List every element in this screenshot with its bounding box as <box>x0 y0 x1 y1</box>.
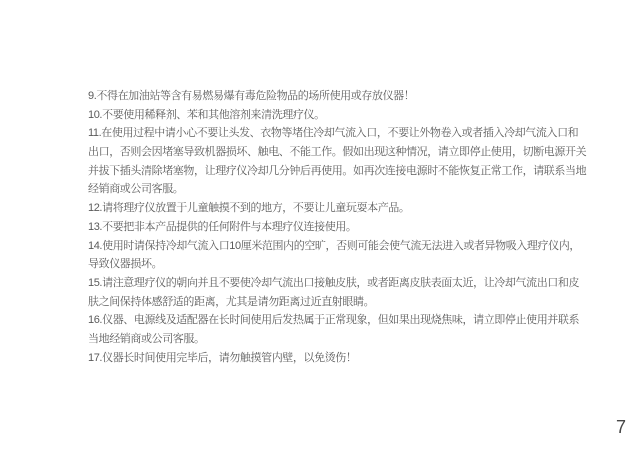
instruction-item-11-line: 出口，否则会因堵塞导致机器损坏、触电、不能工作。假如出现这种情况，请立即停止使用… <box>88 143 580 162</box>
instruction-item-15-line: 肤之间保持体感舒适的距离，尤其是请勿距离过近直射眼睛。 <box>88 293 580 312</box>
instruction-item-17-line: 17.仪器长时间使用完毕后，请勿触摸管内壁，以免烫伤！ <box>88 349 580 368</box>
instructions-list: 9.不得在加油站等含有易燃易爆有毒危险物品的场所使用或存放仪器！10.不要使用稀… <box>88 87 580 367</box>
instruction-item-10-line: 10.不要使用稀释剂、苯和其他溶剂来清洗理疗仪。 <box>88 106 580 125</box>
document-page: 9.不得在加油站等含有易燃易爆有毒危险物品的场所使用或存放仪器！10.不要使用稀… <box>0 0 640 468</box>
instruction-item-14-line: 14.使用时请保持冷却气流入口10厘米范围内的空旷，否则可能会使气流无法进入或者… <box>88 237 580 256</box>
instruction-item-16-line: 当地经销商或公司客服。 <box>88 330 580 349</box>
instruction-item-15-line: 15.请注意理疗仪的朝向并且不要使冷却气流出口接触皮肤，或者距离皮肤表面太近，让… <box>88 274 580 293</box>
instruction-item-9-line: 9.不得在加油站等含有易燃易爆有毒危险物品的场所使用或存放仪器！ <box>88 87 580 106</box>
instruction-item-13-line: 13.不要把非本产品提供的任何附件与本理疗仪连接使用。 <box>88 218 580 237</box>
instruction-item-11-line: 并拔下插头清除堵塞物，让理疗仪冷却几分钟后再使用。如再次连接电源时不能恢复正常工… <box>88 162 580 181</box>
instruction-item-16-line: 16.仪器、电源线及适配器在长时间使用后发热属于正常现象，但如果出现烧焦味，请立… <box>88 311 580 330</box>
instruction-item-14-line: 导致仪器损坏。 <box>88 255 580 274</box>
instruction-item-12-line: 12.请将理疗仪放置于儿童触摸不到的地方，不要让儿童玩耍本产品。 <box>88 199 580 218</box>
page-number: 7 <box>609 416 633 438</box>
instruction-item-11-line: 经销商或公司客服。 <box>88 180 580 199</box>
instruction-item-11-line: 11.在使用过程中请小心不要让头发、衣物等堵住冷却气流入口，不要让外物卷入或者插… <box>88 124 580 143</box>
